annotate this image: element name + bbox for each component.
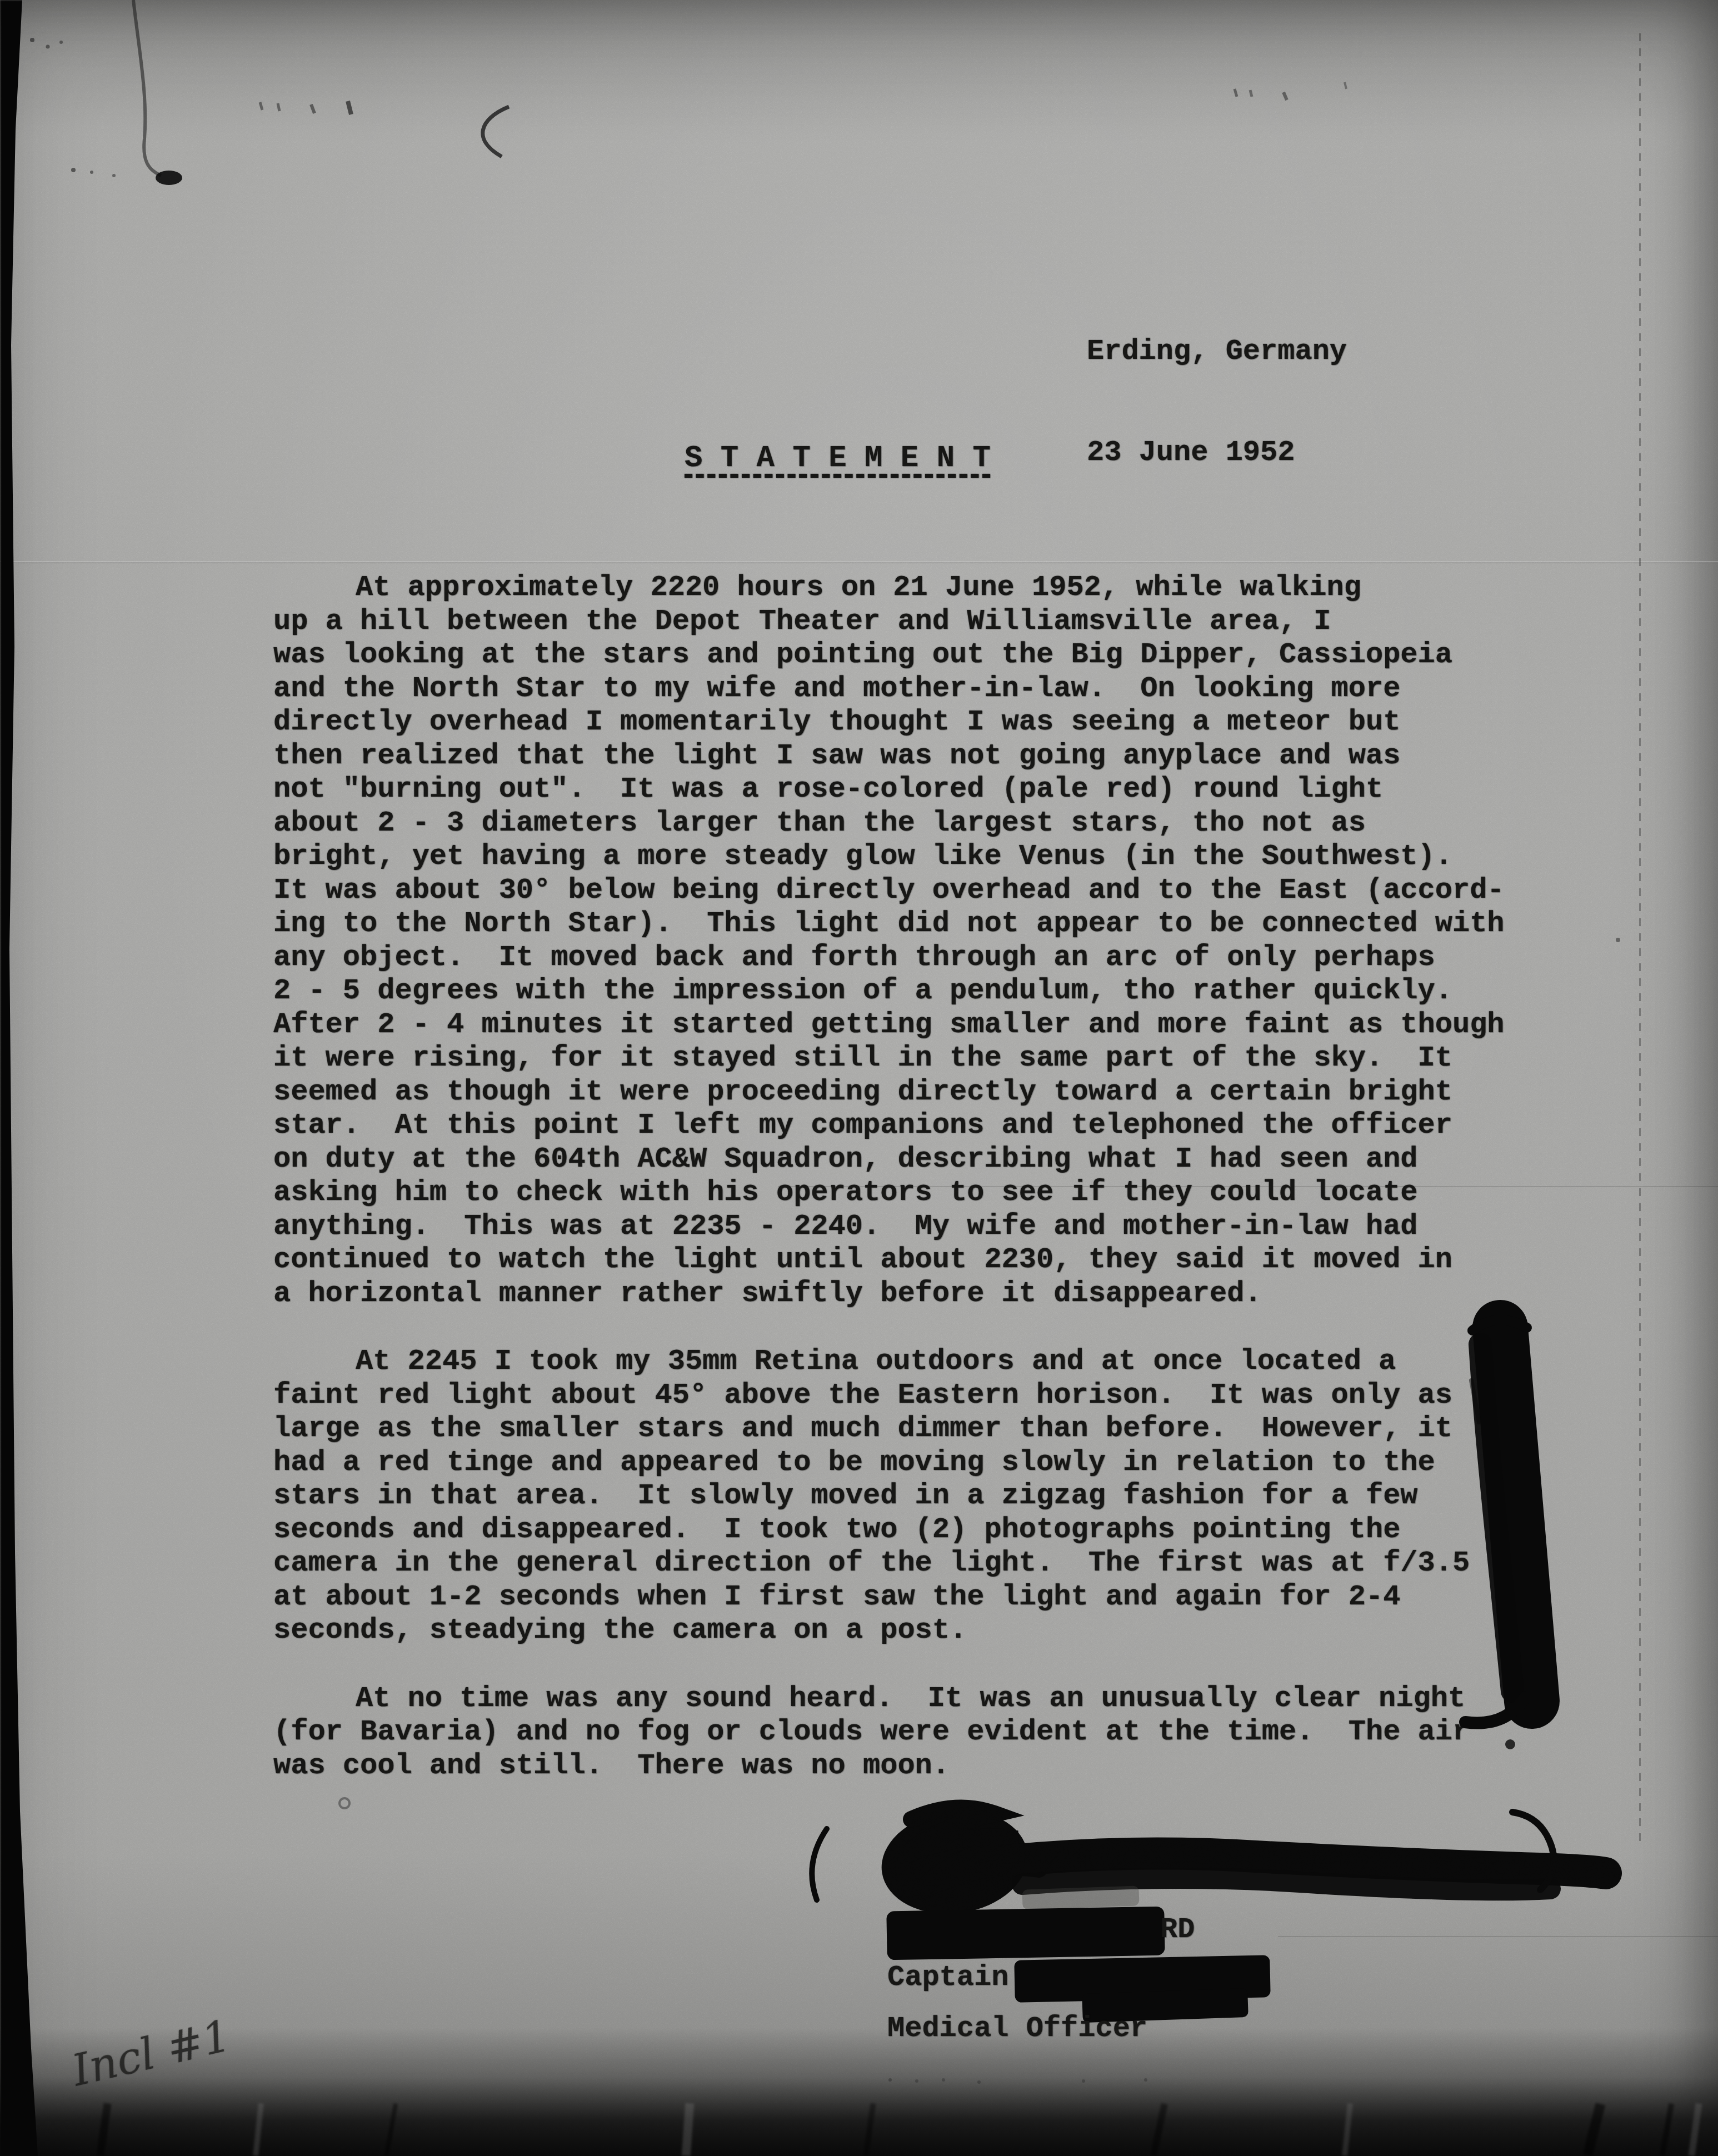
pen-mark <box>483 107 509 157</box>
paragraph: At approximately 2220 hours on 21 June 1… <box>273 571 1562 1310</box>
document-line: was cool and still. There was no moon. <box>273 1749 1562 1783</box>
document-line: At approximately 2220 hours on 21 June 1… <box>273 571 1562 605</box>
scan-streak <box>96 2103 111 2156</box>
document-line: At no time was any sound heard. It was a… <box>273 1682 1562 1716</box>
document-line: any object. It moved back and forth thro… <box>273 941 1562 975</box>
document-line: on duty at the 604th AC&W Squadron, desc… <box>273 1143 1562 1177</box>
document-line: It was about 30° below being directly ov… <box>273 874 1562 908</box>
document-line: bright, yet having a more steady glow li… <box>273 840 1562 874</box>
scan-crack <box>71 0 182 185</box>
document-body: At approximately 2220 hours on 21 June 1… <box>273 571 1562 1783</box>
paragraph: At 2245 I took my 35mm Retina outdoors a… <box>273 1345 1562 1648</box>
fold-crease-horizontal <box>0 561 1718 563</box>
document-line: anything. This was at 2235 - 2240. My wi… <box>273 1210 1562 1244</box>
document-line: seemed as though it were proceeding dire… <box>273 1076 1562 1109</box>
scan-streak <box>863 2103 876 2156</box>
document-line: seconds and disappeared. I took two (2) … <box>273 1513 1562 1547</box>
document-line: star. At this point I left my companions… <box>273 1109 1562 1143</box>
scan-streak <box>1583 2103 1605 2156</box>
document-line: it were rising, for it stayed still in t… <box>273 1042 1562 1076</box>
document-line: stars in that area. It slowly moved in a… <box>273 1479 1562 1513</box>
dateline-date: 23 June 1952 <box>1087 436 1347 470</box>
signature-name-visible: RD <box>1160 1913 1195 1947</box>
document-line: was looking at the stars and pointing ou… <box>273 638 1562 672</box>
document-line: not "burning out". It was a rose-colored… <box>273 773 1562 807</box>
scan-streak <box>1150 2103 1167 2156</box>
document-line: At 2245 I took my 35mm Retina outdoors a… <box>273 1345 1562 1379</box>
scan-streak <box>1660 2103 1674 2156</box>
scan-edge-bottom <box>0 2028 1718 2156</box>
document-line: a horizontal manner rather swiftly befor… <box>273 1277 1562 1311</box>
document-line: asking him to check with his operators t… <box>273 1176 1562 1210</box>
scan-streak <box>1688 2103 1702 2156</box>
document-line: 2 - 5 degrees with the impression of a p… <box>273 974 1562 1008</box>
scan-streak <box>384 2103 398 2156</box>
document-page: Erding, Germany 23 June 1952 S T A T E M… <box>0 0 1718 2156</box>
document-line: directly overhead I momentarily thought … <box>273 706 1562 739</box>
document-line: and the North Star to my wife and mother… <box>273 672 1562 706</box>
scan-shading-top <box>0 0 1718 144</box>
redaction-scribble-signature <box>812 1802 1606 1923</box>
dateline-location: Erding, Germany <box>1087 335 1347 369</box>
redaction-bars <box>886 1885 1270 2023</box>
document-line: large as the smaller stars and much dimm… <box>273 1412 1562 1446</box>
scan-streak <box>1342 2103 1353 2156</box>
scan-streak <box>682 2103 695 2156</box>
document-line: then realized that the light I saw was n… <box>273 739 1562 773</box>
document-title: S T A T E M E N T <box>685 442 991 476</box>
document-line: ing to the North Star). This light did n… <box>273 907 1562 941</box>
document-line: camera in the general direction of the l… <box>273 1547 1562 1580</box>
fold-crease-horizontal <box>1278 1936 1718 1937</box>
document-line: (for Bavaria) and no fog or clouds were … <box>273 1715 1562 1749</box>
paragraph: At no time was any sound heard. It was a… <box>273 1682 1562 1783</box>
document-line: After 2 - 4 minutes it started getting s… <box>273 1008 1562 1042</box>
dateline: Erding, Germany 23 June 1952 <box>1087 268 1347 537</box>
document-line: had a red tinge and appeared to be movin… <box>273 1446 1562 1480</box>
document-line: faint red light about 45° above the East… <box>273 1379 1562 1413</box>
document-line: continued to watch the light until about… <box>273 1243 1562 1277</box>
document-line: seconds, steadying the camera on a post. <box>273 1614 1562 1648</box>
scan-streak <box>253 2103 264 2156</box>
document-line: at about 1-2 seconds when I first saw th… <box>273 1580 1562 1614</box>
scan-edge-left <box>0 0 44 2156</box>
document-line: about 2 - 3 diameters larger than the la… <box>273 807 1562 841</box>
document-line: up a hill between the Depot Theater and … <box>273 605 1562 639</box>
fold-crease-vertical <box>1639 33 1641 1844</box>
signature-rank: Captain <box>887 1961 1008 1995</box>
